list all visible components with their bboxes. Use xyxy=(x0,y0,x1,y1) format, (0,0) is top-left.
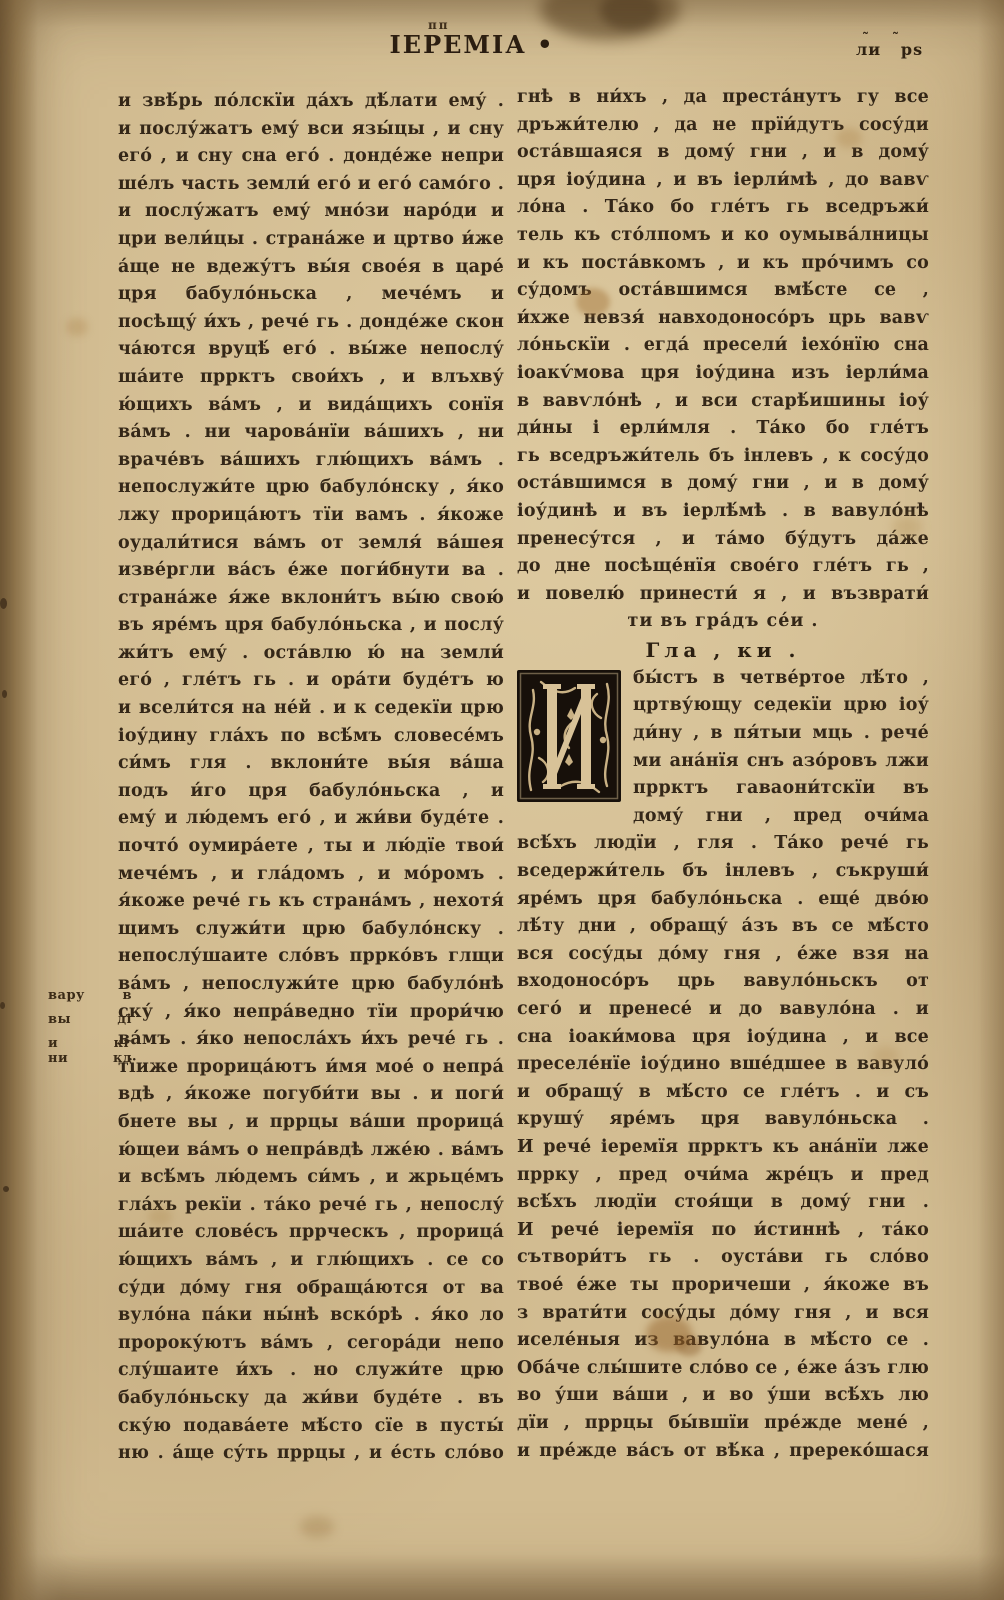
text-line: Оба́че слы́шите сло́во се , е́же а́зъ гл… xyxy=(517,1355,929,1383)
text-line: иселе́ныя из вавуло́на в мѣ́сто се . xyxy=(517,1327,929,1355)
text-line: во у́ши ва́ши , и во у́ши всѣ́хъ лю xyxy=(517,1382,929,1410)
text-line: ди́ну , в пя́тыи мць . рече́ xyxy=(633,720,929,748)
text-line: ню . а́ще су́ть пррцы , и е́сть сло́во xyxy=(118,1440,504,1468)
text-line: тель къ сто́лпомъ и ко оумыва́лницы xyxy=(517,222,929,250)
text-line: іоу́дину гла́хъ по всѣ́мъ словесе́мъ xyxy=(118,723,504,751)
text-line: цртву́ющу седекїи црю іоу́ xyxy=(633,692,929,720)
text-line: бабуло́ньску да жи́ви буде́те . въ xyxy=(118,1385,504,1413)
text-line: гь вседръжи́тель бъ інлевъ , к сосу́до xyxy=(517,443,929,471)
margin-note-word: ни xyxy=(48,1051,68,1066)
text-line: и всѣ́мъ лю́демъ си́мъ , и жрьце́мъ xyxy=(118,1164,504,1192)
text-line: ва́мъ . ни чарова́нїи ва́шихъ , ни xyxy=(118,419,504,447)
folio-value: рѕ xyxy=(901,40,923,59)
text-line: цря іоу́дина , и въ іерли́мѣ , до вавѵ xyxy=(517,167,929,195)
text-line: яре́мъ цря бабуло́ньска . еще́ дво́ю xyxy=(517,886,929,914)
text-line: ва́мъ , непослужи́те црю бабуло́нѣ xyxy=(118,971,504,999)
text-line: и звѣ́рь по́лскїи да́хъ дѣ́лати ему́ . xyxy=(118,88,504,116)
margin-note-word: вару xyxy=(48,988,85,1003)
text-line: всѣ́хъ людїи стоя́щи в дому́ гни . xyxy=(517,1189,929,1217)
text-line: су́ди до́му гня обраща́ются от ва xyxy=(118,1275,504,1303)
foxing-spot xyxy=(300,1516,334,1538)
margin-note-word: вы xyxy=(48,1012,71,1027)
text-line: и послу́жатъ ему́ мно́зи наро́ди и xyxy=(118,198,504,226)
text-line: з врати́ти сосу́ды до́му гня , и вся xyxy=(517,1300,929,1328)
text-line: и къ поста́вкомъ , и къ про́чимъ со xyxy=(517,250,929,278)
text-line: враче́въ ва́шихъ глю́щихъ ва́мъ . xyxy=(118,447,504,475)
text-line: ми ана́нїя снъ азо́ровъ лжи xyxy=(633,748,929,776)
manuscript-page: пп ІЕРЕМІА • ˜ ˜ ли рѕ вару в вы ді и кг… xyxy=(0,0,1004,1600)
left-text-column: и звѣ́рь по́лскїи да́хъ дѣ́лати ему́ .и … xyxy=(118,88,504,1468)
text-line: ю́щихъ ва́мъ , и глю́щихъ . се со xyxy=(118,1247,504,1275)
foxing-spot xyxy=(66,318,88,336)
text-line: ло́ньскїи . егда́ пресели́ іехо́нїю сна xyxy=(517,332,929,360)
binding-speck xyxy=(0,598,7,609)
text-line: И рече́ іеремїя пррктъ къ ана́нїи лже xyxy=(517,1134,929,1162)
binding-speck xyxy=(0,1002,5,1009)
margin-note-word: и xyxy=(48,1036,58,1051)
text-line: твое́ е́же ты проричеши , я́коже въ xyxy=(517,1272,929,1300)
text-line: вуло́на па́ки ны́нѣ вско́рѣ . я́ко ло xyxy=(118,1302,504,1330)
text-line: гла́хъ рекїи . та́ко рече́ гь , непослу́ xyxy=(118,1192,504,1220)
text-line: я́коже рече́ гь къ страна́мъ , нехотя́ xyxy=(118,888,504,916)
text-line: ша́ите пррктъ свои́хъ , и влъхву́ xyxy=(118,364,504,392)
text-line: ску́ , я́ко непра́ведно тїи прори́чю xyxy=(118,999,504,1027)
text-line: бы́стъ в четве́ртое лѣ́то , xyxy=(633,665,929,693)
text-line: бнете вы , и пррцы ва́ши прорица́ xyxy=(118,1109,504,1137)
text-line: слу́шаите и́хъ . но служи́те црю xyxy=(118,1357,504,1385)
folio-number: ˜ ˜ ли рѕ xyxy=(856,40,966,59)
text-line: ди́ны і ерли́мля . Та́ко бо гле́тъ xyxy=(517,415,929,443)
text-line: страна́же я́же вклони́тъ вы́ю свою́ xyxy=(118,585,504,613)
text-line: тїиже прорица́ютъ и́мя мое́ о непра́ xyxy=(118,1054,504,1082)
text-line: іоу́динѣ и въ іерлѣ́мѣ . в вавуло́нѣ xyxy=(517,498,929,526)
text-line: ча́ются вруцѣ́ его́ . вы́же непослу́ xyxy=(118,336,504,364)
right-column-bottom: дому́ гни , пред очи́ма жре́ческама ивсѣ… xyxy=(517,803,929,1465)
text-line: въ яре́мъ цря бабуло́ньска , и послу́ xyxy=(118,612,504,640)
text-line: пррку , пред очи́ма жре́цъ и пред очи́ма xyxy=(517,1162,929,1190)
titlo-mark: ˜ xyxy=(862,31,870,47)
binding-speck xyxy=(2,690,7,698)
text-line: пророку́ютъ ва́мъ , сегора́ди непо xyxy=(118,1330,504,1358)
text-line: ему́ и лю́демъ его́ , и жи́ви буде́те . xyxy=(118,805,504,833)
text-line: си́мъ гля . вклони́те вы́я ва́ша xyxy=(118,750,504,778)
text-line: дръжи́телю , да не прїи́дутъ сосу́ди xyxy=(517,112,929,140)
text-line: вся сосу́ды до́му гня , е́же взя на xyxy=(517,941,929,969)
text-line: ло́на . Та́ко бо гле́тъ гь вседръжи́ xyxy=(517,194,929,222)
text-line: и всели́тся на не́й . и к седекїи црю xyxy=(118,695,504,723)
text-line: вдѣ , я́коже погуби́ти вы . и поги́ xyxy=(118,1081,504,1109)
chapter-heading: Гла , ки . xyxy=(517,636,929,665)
text-line: до дне посѣще́нїя свое́го гле́тъ гь , xyxy=(517,553,929,581)
text-line: лжу прорица́ютъ тїи вамъ . я́коже xyxy=(118,502,504,530)
text-line: оста́вшимся в дому́ гни , и в дому́ xyxy=(517,470,929,498)
ink-stain xyxy=(600,0,660,30)
text-line: подъ и́го цря бабуло́ньска , и служи́те xyxy=(118,778,504,806)
text-line: оста́вшаяся в дому́ гни , и в дому́ xyxy=(517,139,929,167)
text-line: дїи , пррцы бы́вшїи пре́жде мене́ , xyxy=(517,1410,929,1438)
text-line: и повелю́ принести́ я , и възврати́ xyxy=(517,581,929,609)
right-text-column: гнѣ в ни́хъ , да преста́нутъ гу вседръжи… xyxy=(517,84,929,1465)
text-line: дому́ гни , пред очи́ма жре́ческама и xyxy=(633,803,929,831)
text-line: ше́лъ часть земли́ его́ и его́ само́го . xyxy=(118,171,504,199)
text-line: вседержи́тель бъ інлевъ , съкруши́ xyxy=(517,858,929,886)
text-line: мече́мъ , и гла́домъ , и мо́ромъ . xyxy=(118,861,504,889)
text-line: лѣ́ту дни , обращу́ а́зъ въ се мѣ́сто xyxy=(517,913,929,941)
page-title: ІЕРЕМІА • xyxy=(352,30,592,59)
text-line: и послу́жатъ ему́ вси язы́цы , и сну xyxy=(118,116,504,144)
text-line: цря бабуло́ньска , мече́мъ и гла́домъ xyxy=(118,281,504,309)
text-line: пренесу́тся , и та́мо бу́дутъ да́же xyxy=(517,526,929,554)
chapter-opening-paragraph: бы́стъ в четве́ртое лѣ́то ,цртву́ющу сед… xyxy=(517,665,929,803)
titlo-mark: ˜ xyxy=(892,31,900,47)
text-line: изве́ргли ва́съ е́же поги́бнути ва . xyxy=(118,557,504,585)
right-column-top: гнѣ в ни́хъ , да преста́нутъ гу вседръжи… xyxy=(517,84,929,608)
paragraph-closing-line: ти въ гра́дъ се́и . xyxy=(517,608,929,636)
text-line: его́ , гле́тъ гь . и ора́ти буде́тъ ю xyxy=(118,667,504,695)
text-line: ша́ите слове́съ пррческъ , прорица́ xyxy=(118,1219,504,1247)
text-line: И рече́ іеремїя по и́стиннѣ , та́ко xyxy=(517,1217,929,1245)
text-line: щимъ служи́ти црю бабуло́нску . xyxy=(118,916,504,944)
text-line: сна іоаки́мова цря іоу́дина , и все xyxy=(517,1024,929,1052)
text-line: всѣ́хъ людїи , гля . Та́ко рече́ гь xyxy=(517,830,929,858)
text-line: преселе́нїе іоу́дино вше́дшее в вавуло́ … xyxy=(517,1051,929,1079)
text-line: входоносо́ръ црь вавуло́ньскъ от мѣ́ста xyxy=(517,968,929,996)
text-line: непослу́шаите сло́въ пррко́въ глщи xyxy=(118,943,504,971)
text-line: и́хже невзя́ навходоносо́ръ црь вавѵ xyxy=(517,305,929,333)
text-line: непослужи́те црю бабуло́нску , я́ко xyxy=(118,474,504,502)
text-line: и обращу́ в мѣ́сто се гле́тъ . и съ xyxy=(517,1079,929,1107)
binding-speck xyxy=(3,1186,9,1192)
text-line: крушу́ яре́мъ цря вавуло́ньска . xyxy=(517,1106,929,1134)
dropcap-initial xyxy=(517,670,621,802)
text-line: и пре́жде ва́съ от вѣ́ка , пререко́шася xyxy=(517,1438,929,1466)
text-line: ю́щихъ ва́мъ , и вида́щихъ сонїя xyxy=(118,392,504,420)
text-line: в вавѵло́нѣ , и вси старѣ́ишины іоу́ xyxy=(517,388,929,416)
text-line: цри вели́цы . страна́же и цртво и́же xyxy=(118,226,504,254)
text-line: его́ , и сну сна его́ . донде́же непри xyxy=(118,143,504,171)
text-line: пррктъ гаваони́тскїи въ xyxy=(633,775,929,803)
text-line: іоакѵ́мова цря іоу́дина изъ іерли́ма xyxy=(517,360,929,388)
text-line: гнѣ в ни́хъ , да преста́нутъ гу все xyxy=(517,84,929,112)
text-line: посѣщу́ и́хъ , рече́ гь . донде́же скон xyxy=(118,309,504,337)
text-line: су́домъ оста́вшимся вмѣ́сте се , xyxy=(517,277,929,305)
text-line: а́ще не вдежу́тъ вы́я свое́я в царе́ xyxy=(118,254,504,282)
text-line: ю́щеи ва́мъ о непра́вдѣ лже́ю . ва́мъ xyxy=(118,1137,504,1165)
text-line: ску́ю подава́ете мѣ́сто сїе в пусты́ xyxy=(118,1413,504,1441)
text-line: оудали́тися ва́мъ от земля́ ва́шея xyxy=(118,530,504,558)
text-line: сътвори́тъ гь . оуста́ви гь сло́во xyxy=(517,1244,929,1272)
text-line: почто́ оумира́ете , ты и лю́дїе твои́ xyxy=(118,833,504,861)
text-line: сего́ и пренесе́ и до вавуло́на . и ехо́… xyxy=(517,996,929,1024)
text-line: жи́тъ ему́ . оста́влю ю́ на земли́ xyxy=(118,640,504,668)
text-line: ва́мъ . я́ко непосла́хъ и́хъ рече́ гь . xyxy=(118,1026,504,1054)
